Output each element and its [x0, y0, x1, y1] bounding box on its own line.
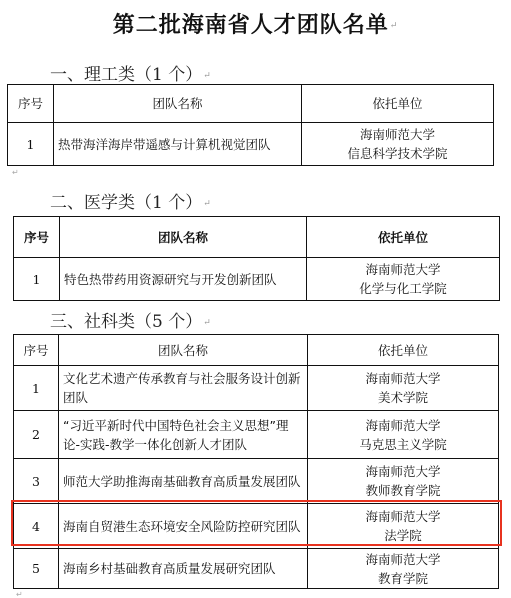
- header-team-name: 团队名称: [54, 85, 302, 123]
- header-host-unit: 依托单位: [308, 335, 499, 366]
- table-row: 5 海南乡村基础教育高质量发展研究团队 海南师范大学教育学院: [14, 549, 499, 589]
- table-header-row: 序号 团队名称 依托单位: [8, 85, 494, 123]
- row-team-name: 特色热带药用资源研究与开发创新团队: [60, 258, 307, 301]
- row-host-unit: 海南师范大学马克思主义学院: [308, 411, 499, 459]
- table-engineering: 序号 团队名称 依托单位 1 热带海洋海岸带遥感与计算机视觉团队 海南师范大学信…: [7, 84, 494, 166]
- paragraph-mark: ↵: [12, 168, 19, 177]
- row-no: 2: [14, 411, 59, 459]
- table-header-row: 序号 团队名称 依托单位: [14, 335, 499, 366]
- section-heading-medicine: 二、医学类（1 个）↵: [50, 188, 211, 213]
- row-no: 3: [14, 459, 59, 504]
- header-host-unit: 依托单位: [307, 217, 500, 258]
- row-no: 1: [14, 366, 59, 411]
- row-host-unit: 海南师范大学化学与化工学院: [307, 258, 500, 301]
- section-heading-social-science: 三、社科类（5 个）↵: [50, 307, 211, 332]
- header-team-name: 团队名称: [59, 335, 308, 366]
- row-team-name: 文化艺术遗产传承教育与社会服务设计创新团队: [59, 366, 308, 411]
- table-row: 3 师范大学助推海南基础教育高质量发展团队 海南师范大学教师教育学院: [14, 459, 499, 504]
- table-row-highlighted: 4 海南自贸港生态环境安全风险防控研究团队 海南师范大学法学院: [14, 504, 499, 549]
- row-no: 4: [14, 504, 59, 549]
- table-row: 2 “习近平新时代中国特色社会主义思想”理论-实践-教学一体化创新人才团队 海南…: [14, 411, 499, 459]
- header-team-name: 团队名称: [60, 217, 307, 258]
- row-no: 1: [14, 258, 60, 301]
- row-team-name: “习近平新时代中国特色社会主义思想”理论-实践-教学一体化创新人才团队: [59, 411, 308, 459]
- header-no: 序号: [8, 85, 54, 123]
- section-heading-engineering: 一、理工类（1 个）↵: [50, 60, 211, 85]
- table-social-science: 序号 团队名称 依托单位 1 文化艺术遗产传承教育与社会服务设计创新团队 海南师…: [13, 334, 499, 589]
- row-host-unit: 海南师范大学教育学院: [308, 549, 499, 589]
- row-team-name: 热带海洋海岸带遥感与计算机视觉团队: [54, 123, 302, 166]
- row-host-unit: 海南师范大学信息科学技术学院: [302, 123, 494, 166]
- table-header-row: 序号 团队名称 依托单位: [14, 217, 500, 258]
- row-team-name: 师范大学助推海南基础教育高质量发展团队: [59, 459, 308, 504]
- row-team-name: 海南自贸港生态环境安全风险防控研究团队: [59, 504, 308, 549]
- row-host-unit: 海南师范大学美术学院: [308, 366, 499, 411]
- row-team-name: 海南乡村基础教育高质量发展研究团队: [59, 549, 308, 589]
- table-row: 1 特色热带药用资源研究与开发创新团队 海南师范大学化学与化工学院: [14, 258, 500, 301]
- paragraph-mark: ↵: [16, 590, 23, 598]
- row-host-unit: 海南师范大学法学院: [308, 504, 499, 549]
- document-title: 第二批海南省人才团队名单↵: [0, 8, 511, 39]
- table-row: 1 热带海洋海岸带遥感与计算机视觉团队 海南师范大学信息科学技术学院: [8, 123, 494, 166]
- table-medicine: 序号 团队名称 依托单位 1 特色热带药用资源研究与开发创新团队 海南师范大学化…: [13, 216, 500, 301]
- header-no: 序号: [14, 335, 59, 366]
- header-host-unit: 依托单位: [302, 85, 494, 123]
- row-no: 5: [14, 549, 59, 589]
- header-no: 序号: [14, 217, 60, 258]
- row-host-unit: 海南师范大学教师教育学院: [308, 459, 499, 504]
- table-row: 1 文化艺术遗产传承教育与社会服务设计创新团队 海南师范大学美术学院: [14, 366, 499, 411]
- row-no: 1: [8, 123, 54, 166]
